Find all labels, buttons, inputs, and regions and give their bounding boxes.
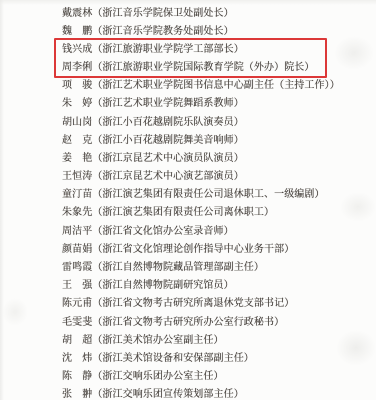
list-item: 周洁平（浙江省文化馆办公室录音师）: [0, 220, 376, 238]
list-item: 姜 艳（浙江京昆艺术中心演员队演员）: [0, 147, 376, 165]
person-title: （浙江旅游职业学院学工部部长）: [92, 40, 244, 55]
person-name: 沈 炜: [62, 349, 92, 364]
person-name: 陈 静: [62, 367, 92, 382]
person-name: 朱象先: [62, 203, 92, 218]
person-title: （浙江自然博物院副研究馆员）: [92, 276, 233, 291]
person-title: （浙江交响乐团办公室主任）: [92, 367, 223, 382]
person-name: 周李俐: [62, 58, 92, 73]
person-title: （浙江小百花越剧院乐队演奏员）: [92, 113, 244, 128]
person-title: （浙江音乐学院保卫处副处长）: [92, 4, 233, 19]
list-item: 雷鸣霞（浙江自然博物院藏品管理部副主任）: [0, 256, 376, 274]
person-title: （浙江美术馆办公室副主任）: [92, 331, 223, 346]
list-item: 周李俐（浙江旅游职业学院国际教育学院（外办）院长）: [0, 57, 376, 75]
person-name: 周洁平: [62, 222, 92, 237]
list-item: 张 翀（浙江交响乐团宣传策划部主任）: [0, 384, 376, 400]
person-title: （浙江小百花越剧院舞美音响师）: [92, 131, 244, 146]
list-item: 项 骏（浙江艺术职业学院图书信息中心副主任（主持工作））: [0, 75, 376, 93]
list-item: 朱象先（浙江演艺集团有限责任公司离休职工）: [0, 202, 376, 220]
person-name: 陈元甫: [62, 294, 92, 309]
person-title: （浙江京昆艺术中心演艺部演员）: [92, 167, 244, 182]
person-title: （浙江艺术职业学院图书信息中心副主任（主持工作））: [92, 76, 340, 91]
person-name: 王 强: [62, 276, 92, 291]
person-title: （浙江省文化馆理论创作指导中心业务干部）: [92, 240, 294, 255]
document-page: 戴震林（浙江音乐学院保卫处副处长） 魏 鹏（浙江音乐学院教务处副处长） 钱兴成（…: [0, 0, 376, 400]
person-title: （浙江美术馆设备和安保部副主任）: [92, 349, 254, 364]
list-item: 朱 婷（浙江艺术职业学院舞蹈系教师）: [0, 93, 376, 111]
person-name: 姜 艳: [62, 149, 92, 164]
list-item: 胡山岗（浙江小百花越剧院乐队演奏员）: [0, 111, 376, 129]
list-item: 颜苗娟（浙江省文化馆理论创作指导中心业务干部）: [0, 238, 376, 256]
list-item: 胡 超（浙江美术馆办公室副主任）: [0, 329, 376, 347]
list-item: 沈 炜（浙江美术馆设备和安保部副主任）: [0, 347, 376, 365]
person-name: 项 骏: [62, 76, 92, 91]
person-title: （浙江交响乐团宣传策划部主任）: [92, 385, 244, 400]
person-title: （浙江省文物考古研究所办公室行政秘书）: [92, 313, 284, 328]
list-item: 王 强（浙江自然博物院副研究馆员）: [0, 275, 376, 293]
list-item: 王恒涛（浙江京昆艺术中心演艺部演员）: [0, 166, 376, 184]
person-name: 胡 超: [62, 331, 92, 346]
person-name: 朱 婷: [62, 94, 92, 109]
person-name: 雷鸣霞: [62, 258, 92, 273]
person-title: （浙江演艺集团有限责任公司退休职工、一级编剧）: [92, 185, 324, 200]
person-name: 胡山岗: [62, 113, 92, 128]
list-item: 陈元甫（浙江省文物考古研究所离退休党支部书记）: [0, 293, 376, 311]
person-title: （浙江音乐学院教务处副处长）: [92, 22, 233, 37]
person-title: （浙江京昆艺术中心演员队演员）: [92, 149, 244, 164]
list-item: 戴震林（浙江音乐学院保卫处副处长）: [0, 2, 376, 20]
person-title: （浙江艺术职业学院舞蹈系教师）: [92, 94, 244, 109]
person-title: （浙江自然博物院藏品管理部副主任）: [92, 258, 264, 273]
person-name: 颜苗娟: [62, 240, 92, 255]
person-name: 戴震林: [62, 4, 92, 19]
list-item: 赵 克（浙江小百花越剧院舞美音响师）: [0, 129, 376, 147]
person-name: 赵 克: [62, 131, 92, 146]
person-title: （浙江旅游职业学院国际教育学院（外办）院长）: [92, 58, 314, 73]
list-item: 钱兴成（浙江旅游职业学院学工部部长）: [0, 38, 376, 56]
person-title: （浙江演艺集团有限责任公司离休职工）: [92, 203, 274, 218]
person-name: 王恒涛: [62, 167, 92, 182]
person-name: 魏 鹏: [62, 22, 92, 37]
person-name: 童汀苗: [62, 185, 92, 200]
person-name: 毛雯斐: [62, 313, 92, 328]
list-item: 毛雯斐（浙江省文物考古研究所办公室行政秘书）: [0, 311, 376, 329]
person-name: 张 翀: [62, 385, 92, 400]
person-name: 钱兴成: [62, 40, 92, 55]
person-title: （浙江省文物考古研究所离退休党支部书记）: [92, 294, 294, 309]
person-title: （浙江省文化馆办公室录音师）: [92, 222, 233, 237]
list-item: 陈 静（浙江交响乐团办公室主任）: [0, 365, 376, 383]
list-item: 童汀苗（浙江演艺集团有限责任公司退休职工、一级编剧）: [0, 184, 376, 202]
name-list: 戴震林（浙江音乐学院保卫处副处长） 魏 鹏（浙江音乐学院教务处副处长） 钱兴成（…: [0, 2, 376, 400]
list-item: 魏 鹏（浙江音乐学院教务处副处长）: [0, 20, 376, 38]
